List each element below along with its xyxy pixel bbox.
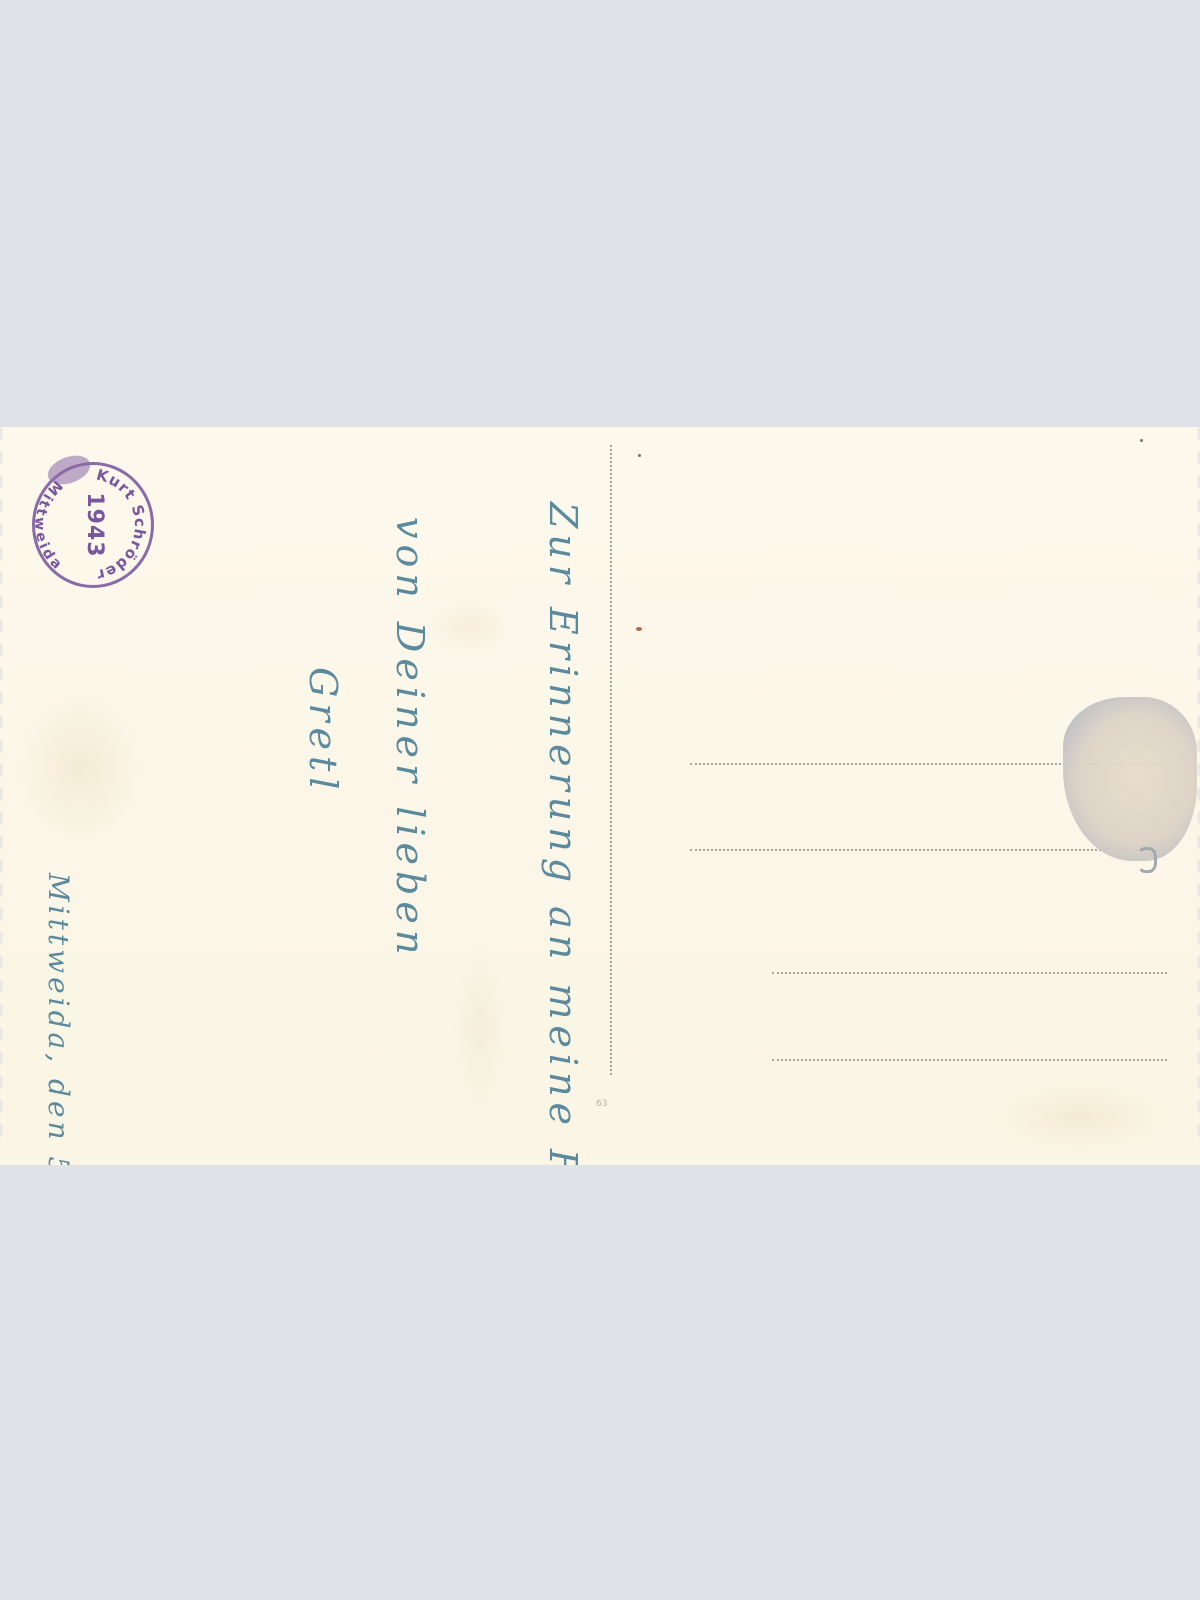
water-stain — [1063, 697, 1197, 861]
postcard: Kurt Schröder Mittweida 1943 Zur Erinner… — [0, 427, 1200, 1165]
center-divider — [610, 445, 612, 1075]
foxing-spot — [1140, 439, 1143, 442]
address-line — [772, 1059, 1167, 1061]
scalloped-edge-left — [0, 427, 3, 1165]
address-line — [772, 972, 1167, 974]
foxing-spot — [636, 627, 642, 631]
svg-text:Mittweida: Mittweida — [35, 477, 65, 573]
message-line-1: Zur Erinnerung an meine Ferien — [541, 502, 585, 1165]
foxing-spot — [638, 454, 641, 457]
message-place-date: Mittweida, den 5.2.44. — [42, 873, 75, 1165]
message-signature: Gretl — [301, 667, 345, 795]
rubber-stamp: Kurt Schröder Mittweida 1943 — [32, 462, 154, 588]
stamp-place: Mittweida — [35, 477, 65, 573]
address-line — [690, 849, 1165, 851]
message-line-2: von Deiner lieben — [388, 517, 432, 960]
stamp-year: 1943 — [82, 465, 107, 585]
printer-mark: 63 — [596, 1099, 607, 1109]
